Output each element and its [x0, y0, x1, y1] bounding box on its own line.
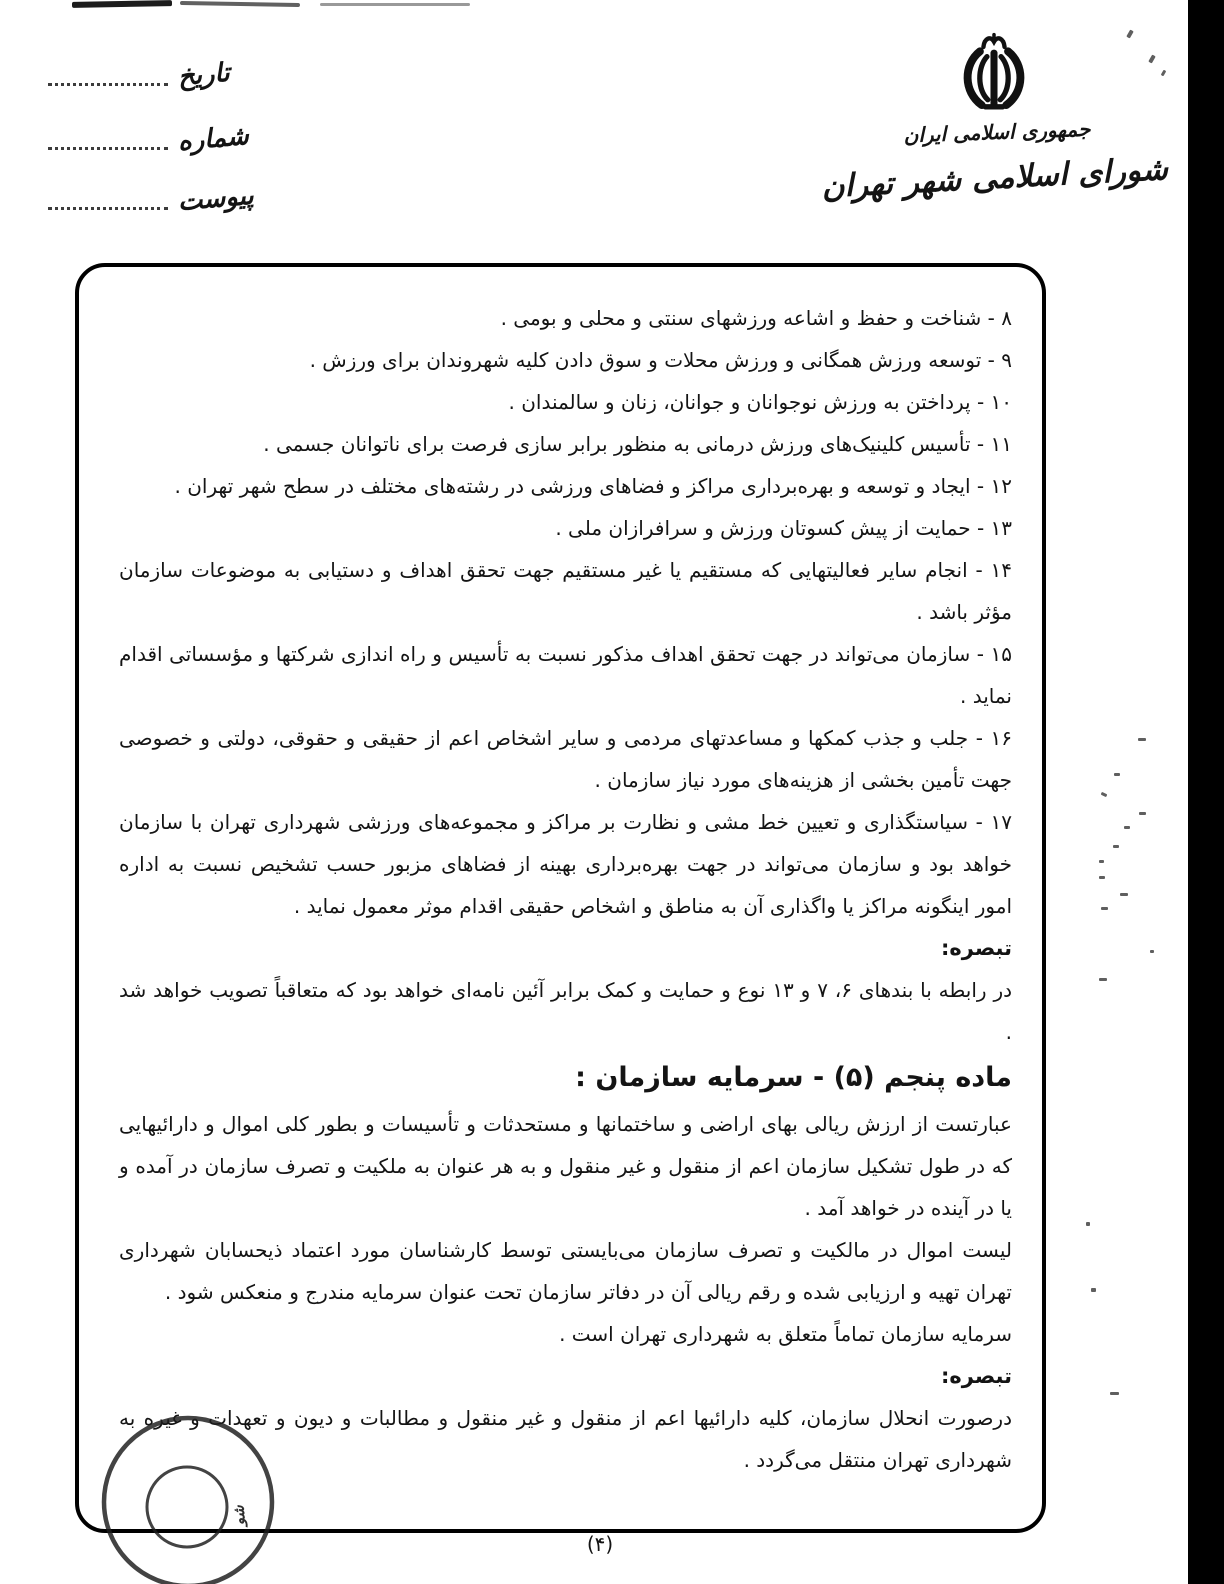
scan-noise-speck	[1150, 950, 1154, 953]
page-number: (۴)	[560, 1532, 640, 1556]
scan-noise-speck	[1120, 893, 1128, 896]
document-body-box: ۸ - شناخت و حفظ و اشاعه ورزشهای سنتی و م…	[75, 263, 1046, 1533]
list-item: ۱۲ - ایجاد و توسعه و بهره‌برداری مراکز و…	[119, 465, 1012, 507]
scan-noise-speck	[1099, 860, 1104, 863]
list-item: ۸ - شناخت و حفظ و اشاعه ورزشهای سنتی و م…	[119, 297, 1012, 339]
scan-smudge	[72, 0, 172, 8]
scan-noise-speck	[1139, 812, 1146, 815]
scanned-document-page: تاریخ شماره پیوست جمهوری اسلامی ایران شو…	[0, 0, 1224, 1584]
date-dotted-line	[48, 83, 168, 86]
council-title: شورای اسلامی شهر تهران	[827, 151, 1168, 205]
paragraph: سرمایه سازمان تماماً متعلق به شهرداری ته…	[119, 1313, 1012, 1355]
scan-noise-speck	[1124, 826, 1130, 829]
scan-noise-speck	[1101, 792, 1108, 797]
list-item: ۱۵ - سازمان می‌تواند در جهت تحقق اهداف م…	[119, 633, 1012, 717]
list-item: ۱۶ - جلب و جذب کمکها و مساعدتهای مردمی و…	[119, 717, 1012, 801]
list-item: ۱۰ - پرداختن به ورزش نوجوانان و جوانان، …	[119, 381, 1012, 423]
scan-noise-speck	[1099, 978, 1107, 981]
letterhead-number-row: شماره	[44, 126, 249, 156]
scanner-edge-bar	[1188, 0, 1224, 1584]
list-item: ۹ - توسعه ورزش همگانی و ورزش محلات و سوق…	[119, 339, 1012, 381]
note-paragraph: در رابطه با بندهای ۶، ۷ و ۱۳ نوع و حمایت…	[119, 969, 1012, 1053]
scan-noise-speck	[1110, 1392, 1119, 1395]
scan-noise-speck	[1091, 1288, 1096, 1292]
note-heading: تبصره:	[119, 927, 1012, 969]
attachment-label: پیوست	[177, 183, 255, 219]
council-stamp: شورای اسلامی شهر تهران	[98, 1410, 278, 1584]
paragraph: عبارتست از ارزش ریالی بهای اراضی و ساختم…	[119, 1103, 1012, 1229]
scan-noise-speck	[1138, 738, 1146, 741]
article-5-heading: ماده پنجم (۵) - سرمایه سازمان :	[119, 1053, 1012, 1103]
list-item: ۱۷ - سیاستگذاری و تعیین خط مشی و نظارت ب…	[119, 801, 1012, 927]
scan-noise-speck	[1161, 70, 1167, 77]
iran-coat-of-arms-icon	[950, 30, 1038, 122]
letterhead-attachment-row: پیوست	[44, 186, 254, 216]
republic-title: جمهوری اسلامی ایران	[872, 116, 1123, 149]
scan-noise-speck	[1113, 845, 1119, 848]
scan-smudge	[320, 3, 470, 6]
list-item: ۱۳ - حمایت از پیش کسوتان ورزش و سرافرازا…	[119, 507, 1012, 549]
scan-smudge	[180, 1, 300, 7]
attachment-dotted-line	[48, 207, 168, 210]
scan-noise-speck	[1114, 773, 1120, 776]
letterhead-date-row: تاریخ	[44, 62, 230, 92]
scan-noise-speck	[1148, 55, 1155, 64]
paragraph: لیست اموال در مالکیت و تصرف سازمان می‌با…	[119, 1229, 1012, 1313]
scan-noise-speck	[1126, 30, 1133, 39]
scan-noise-speck	[1099, 876, 1105, 879]
number-label: شماره	[177, 123, 250, 159]
note-heading: تبصره:	[119, 1355, 1012, 1397]
scan-noise-speck	[1101, 907, 1108, 910]
list-item: ۱۱ - تأسیس کلینیک‌های ورزش درمانی به منظ…	[119, 423, 1012, 465]
list-item: ۱۴ - انجام سایر فعالیتهایی که مستقیم یا …	[119, 549, 1012, 633]
scan-noise-speck	[1086, 1222, 1090, 1226]
date-label: تاریخ	[177, 60, 231, 94]
number-dotted-line	[48, 147, 168, 150]
